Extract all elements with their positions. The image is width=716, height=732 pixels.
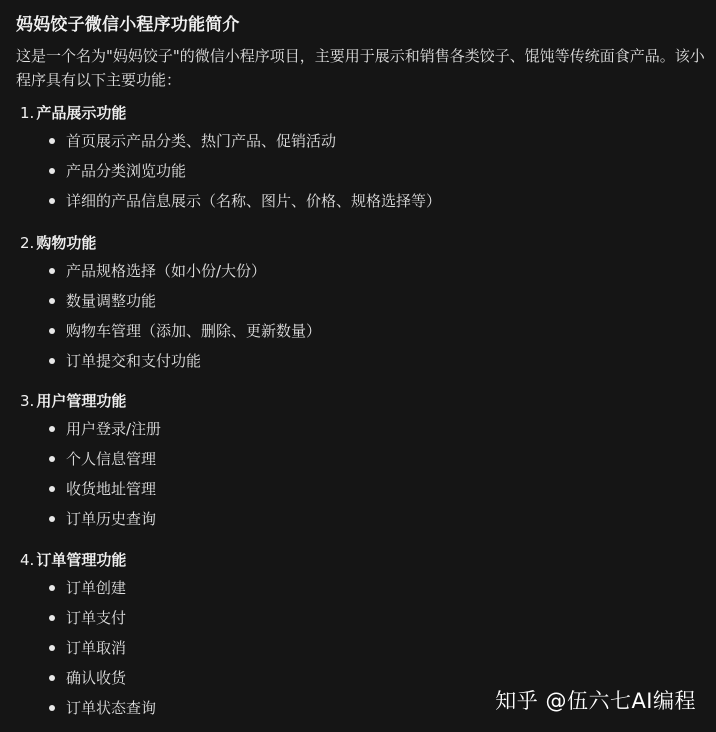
- list-item: 详细的产品信息展示（名称、图片、价格、规格选择等）: [16, 186, 706, 216]
- section-title: 订单管理功能: [36, 551, 126, 569]
- section-shopping: 2.购物功能 产品规格选择（如小份/大份） 数量调整功能 购物车管理（添加、删除…: [16, 233, 706, 376]
- feature-list: 首页展示产品分类、热门产品、促销活动 产品分类浏览功能 详细的产品信息展示（名称…: [16, 126, 706, 216]
- bullet-icon: [49, 486, 55, 492]
- feature-list: 产品规格选择（如小份/大份） 数量调整功能 购物车管理（添加、删除、更新数量） …: [16, 256, 706, 376]
- section-number: 3.: [20, 391, 34, 411]
- list-item: 购物车管理（添加、删除、更新数量）: [16, 316, 706, 346]
- bullet-icon: [49, 585, 55, 591]
- bullet-icon: [49, 198, 55, 204]
- bullet-icon: [49, 675, 55, 681]
- section-number: 1.: [20, 103, 34, 123]
- section-heading: 1.产品展示功能: [16, 103, 706, 123]
- section-title: 购物功能: [36, 234, 96, 252]
- bullet-icon: [49, 456, 55, 462]
- list-item: 用户登录/注册: [16, 414, 706, 444]
- intro-paragraph: 这是一个名为"妈妈饺子"的微信小程序项目，主要用于展示和销售各类饺子、馄饨等传统…: [16, 44, 706, 92]
- list-item: 订单创建: [16, 573, 706, 603]
- list-item: 产品分类浏览功能: [16, 156, 706, 186]
- list-item: 订单支付: [16, 603, 706, 633]
- section-number: 2.: [20, 233, 34, 253]
- section-heading: 3.用户管理功能: [16, 391, 706, 411]
- bullet-icon: [49, 298, 55, 304]
- list-item: 订单取消: [16, 633, 706, 663]
- list-item: 个人信息管理: [16, 444, 706, 474]
- bullet-icon: [49, 358, 55, 364]
- bullet-icon: [49, 516, 55, 522]
- section-user-management: 3.用户管理功能 用户登录/注册 个人信息管理 收货地址管理 订单历史查询: [16, 391, 706, 534]
- list-item: 订单历史查询: [16, 504, 706, 534]
- watermark: 知乎 @伍六七AI编程: [495, 685, 696, 715]
- section-product-display: 1.产品展示功能 首页展示产品分类、热门产品、促销活动 产品分类浏览功能 详细的…: [16, 103, 706, 216]
- section-heading: 2.购物功能: [16, 233, 706, 253]
- list-item: 数量调整功能: [16, 286, 706, 316]
- section-title: 产品展示功能: [36, 104, 126, 122]
- list-item: 产品规格选择（如小份/大份）: [16, 256, 706, 286]
- section-number: 4.: [20, 550, 34, 570]
- list-item: 首页展示产品分类、热门产品、促销活动: [16, 126, 706, 156]
- bullet-icon: [49, 268, 55, 274]
- bullet-icon: [49, 138, 55, 144]
- bullet-icon: [49, 168, 55, 174]
- bullet-icon: [49, 705, 55, 711]
- bullet-icon: [49, 328, 55, 334]
- bullet-icon: [49, 645, 55, 651]
- section-heading: 4.订单管理功能: [16, 550, 706, 570]
- page-title: 妈妈饺子微信小程序功能简介: [16, 10, 240, 35]
- feature-list: 用户登录/注册 个人信息管理 收货地址管理 订单历史查询: [16, 414, 706, 534]
- section-title: 用户管理功能: [36, 392, 126, 410]
- bullet-icon: [49, 615, 55, 621]
- list-item: 收货地址管理: [16, 474, 706, 504]
- bullet-icon: [49, 426, 55, 432]
- list-item: 订单提交和支付功能: [16, 346, 706, 376]
